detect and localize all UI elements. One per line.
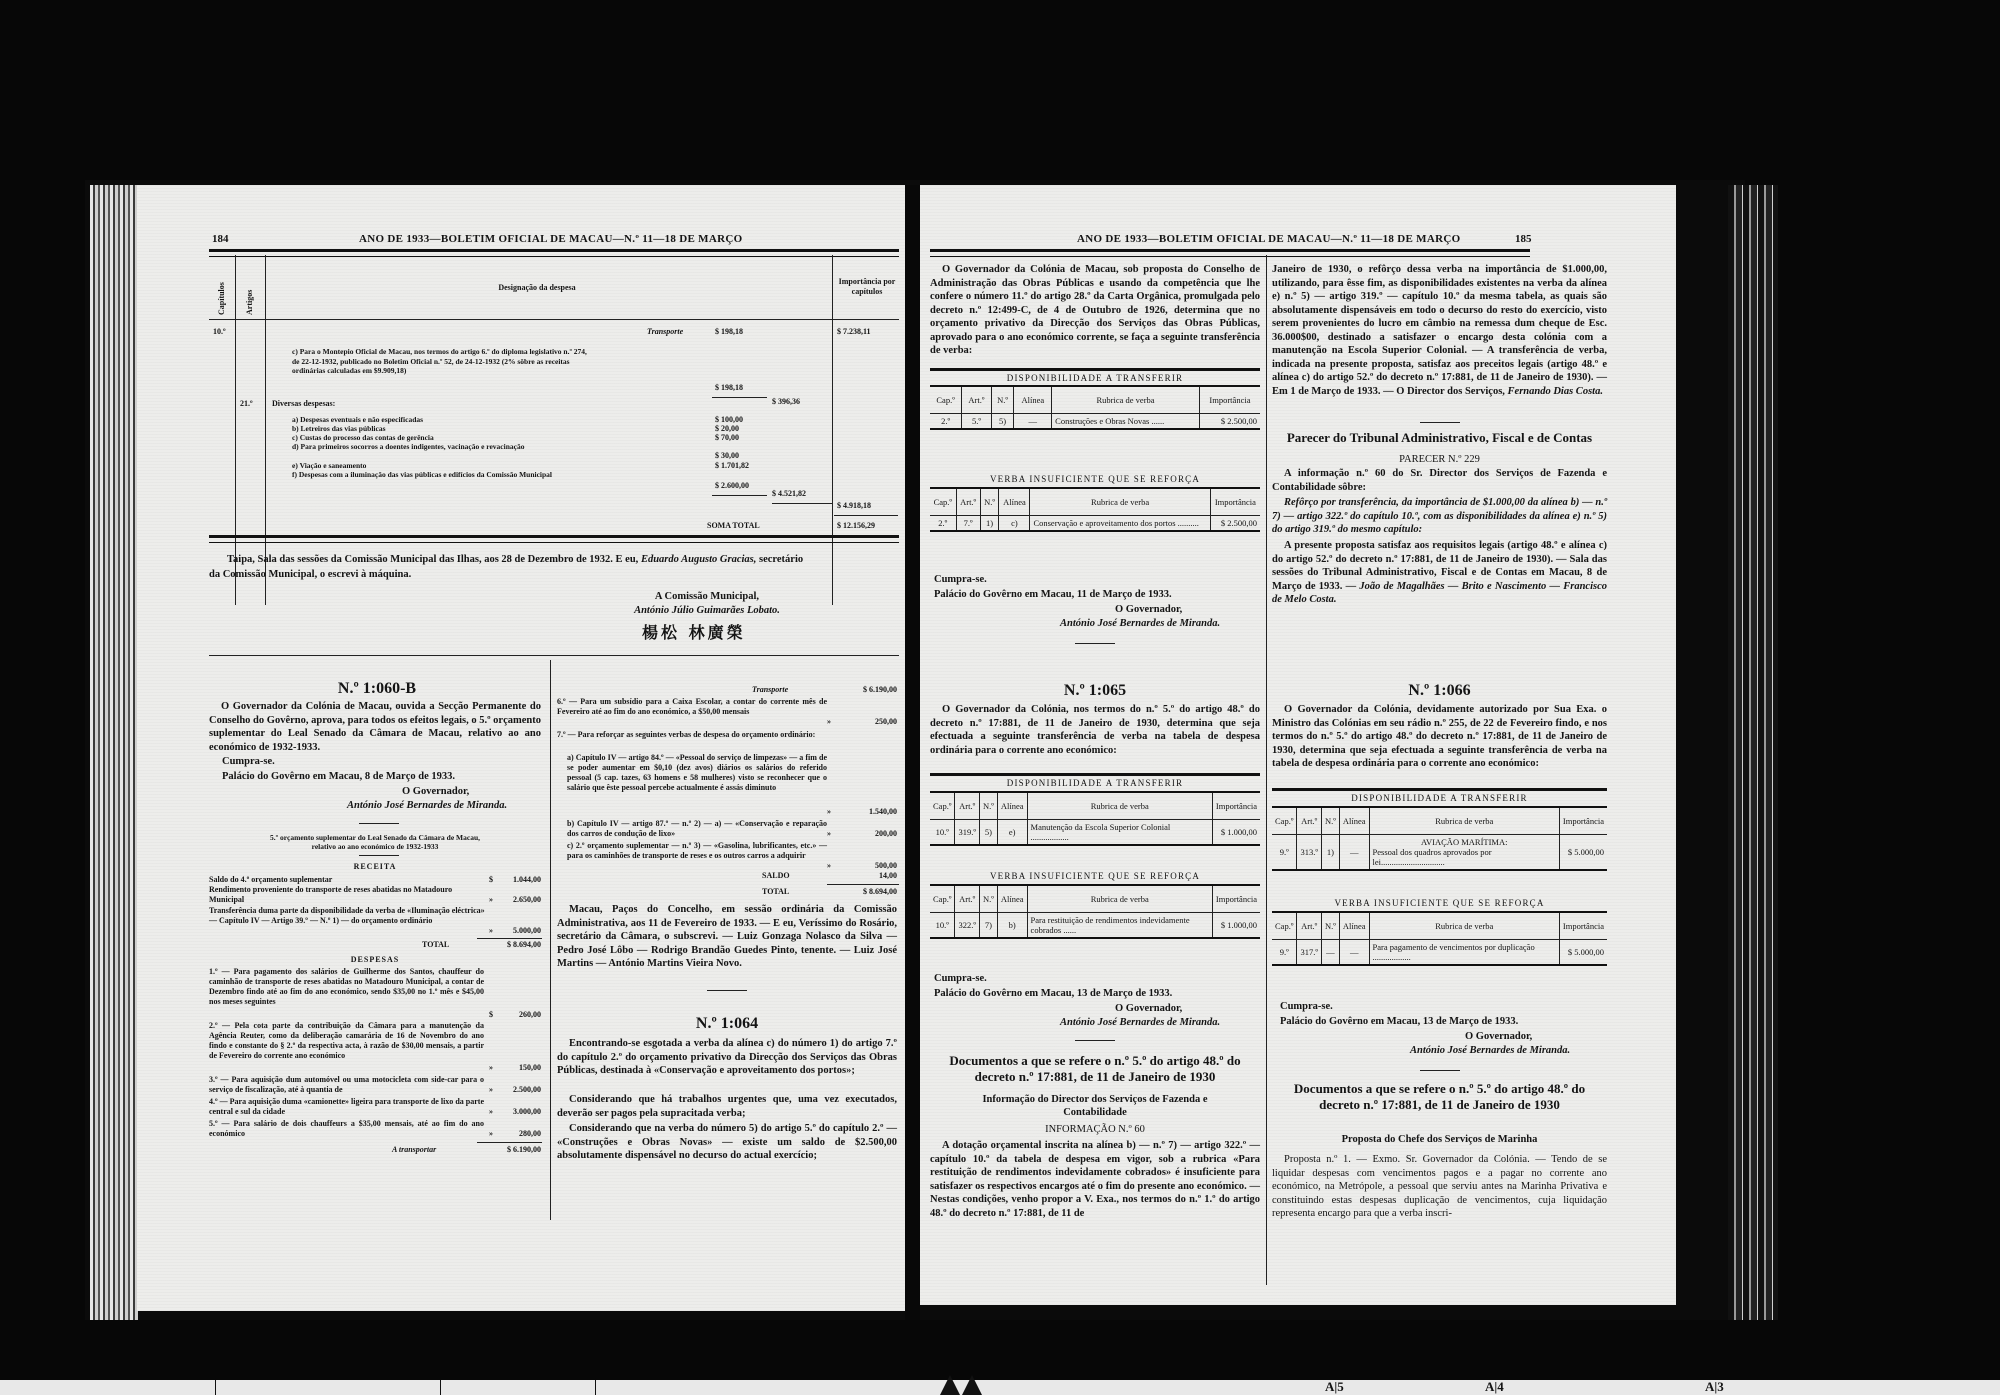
signature-name: António Júlio Guimarães Lobato.	[577, 604, 837, 618]
session-paragraph: Macau, Paços do Concelho, em sessão ordi…	[557, 903, 897, 971]
col-header-capitulos: Capítulos	[217, 270, 226, 315]
transfer-table-6: Cap.ºArt.ºN.ºAlíneaRubrica de verbaImpor…	[1272, 911, 1607, 966]
film-marker: A|5	[1325, 1380, 1344, 1394]
col-header-designacao: Designação da despesa	[437, 283, 637, 293]
decree-title: N.º 1:064	[557, 1015, 897, 1033]
transfer-table-1: Cap.ºArt.ºN.ºAlíneaRubrica de verbaImpor…	[930, 385, 1260, 430]
film-marker: A|3	[1705, 1380, 1724, 1394]
col-header-importancia: Importância por capítulos	[834, 277, 900, 297]
decree-title: N.º 1:066	[1272, 682, 1607, 700]
chinese-signature: 楊松 林廣榮	[642, 620, 746, 643]
budget-row-c: c) Para o Montepio Oficial de Macau, nos…	[292, 347, 587, 376]
microfilm-ruler: A|5 A|4 A|3	[0, 1380, 2000, 1395]
left-page: 184 ANO DE 1933—BOLETIM OFICIAL DE MACAU…	[137, 185, 905, 1311]
info-heading: Informação do Director dos Serviços de F…	[980, 1093, 1210, 1119]
decree-title: N.º 1:065	[930, 682, 1260, 700]
header-rule	[930, 249, 1530, 257]
parecer-heading: Parecer do Tribunal Administrativo, Fisc…	[1272, 430, 1607, 446]
book-gutter	[905, 185, 920, 1320]
documents-heading: Documentos a que se refere o n.º 5.º do …	[935, 1053, 1255, 1085]
film-arrow-icon	[962, 1375, 982, 1395]
page-number: 184	[212, 233, 229, 245]
transfer-table-4: Cap.ºArt.ºN.ºAlíneaRubrica de verbaImpor…	[930, 884, 1260, 939]
page-number: 185	[1515, 233, 1532, 245]
film-marker: A|4	[1485, 1380, 1504, 1394]
decree-body: O Governador da Colónia de Macau, ouvida…	[209, 700, 541, 754]
info-body: A dotação orçamental inscrita na alínea …	[930, 1139, 1260, 1220]
intro-paragraph: O Governador da Colónia de Macau, sob pr…	[930, 263, 1260, 358]
transfer-table-3: Cap.ºArt.ºN.ºAlíneaRubrica de verbaImpor…	[930, 791, 1260, 846]
running-head: ANO DE 1933—BOLETIM OFICIAL DE MACAU—N.º…	[1077, 233, 1460, 245]
receita-heading: RECEITA	[209, 862, 541, 872]
right-page: ANO DE 1933—BOLETIM OFICIAL DE MACAU—N.º…	[920, 185, 1676, 1305]
documents-heading: Documentos a que se refere o n.º 5.º do …	[1282, 1081, 1597, 1113]
col-header-artigos: Artigos	[245, 275, 254, 315]
running-head: ANO DE 1933—BOLETIM OFICIAL DE MACAU—N.º…	[359, 233, 742, 245]
info-continuation: Janeiro de 1930, o refôrço dessa verba n…	[1272, 263, 1607, 398]
proposta-heading: Proposta do Chefe dos Serviços de Marinh…	[1272, 1133, 1607, 1146]
signature-title: A Comissão Municipal,	[607, 590, 807, 604]
film-arrow-icon	[940, 1375, 960, 1395]
transfer-table-2: Cap.ºArt.ºN.ºAlíneaRubrica de verbaImpor…	[930, 487, 1260, 532]
header-rule	[209, 249, 899, 257]
right-page-edges	[1728, 185, 1778, 1320]
proposta-body: Proposta n.º 1. — Exmo. Sr. Governador d…	[1272, 1153, 1607, 1221]
left-page-edges	[90, 185, 138, 1320]
parecer-p3: A presente proposta satisfaz aos requisi…	[1272, 539, 1607, 607]
despesas-heading: DESPESAS	[209, 955, 541, 965]
transfer-table-5: Cap.ºArt.ºN.ºAlíneaRubrica de verbaImpor…	[1272, 806, 1607, 871]
closing-paragraph: Taipa, Sala das sessões da Comissão Muni…	[227, 553, 897, 567]
decree-title: N.º 1:060-B	[212, 680, 542, 698]
